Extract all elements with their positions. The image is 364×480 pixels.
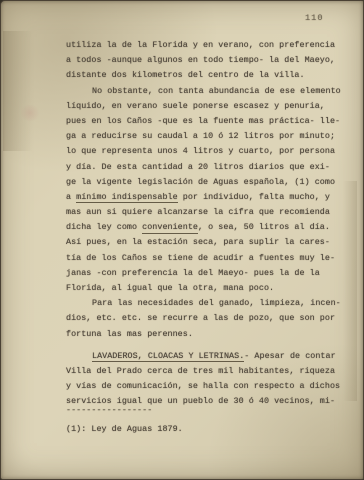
text-segment: por individuo, falta mucho, y	[178, 192, 330, 202]
scanned-document: 110 utiliza la de la Florida y en verano…	[0, 0, 364, 480]
text-segment: y día. De esta cantidad a 20 litros diar…	[66, 162, 330, 172]
text-line: LAVADEROS, CLOACAS Y LETRINAS.- Apesar d…	[66, 349, 350, 364]
text-segment: distante dos kilometros del centro de la…	[66, 70, 305, 80]
text-segment: janas -con preferencia la del Maeyo- pue…	[66, 268, 320, 278]
text-line: utiliza la de la Florida y en verano, co…	[66, 38, 350, 53]
text-segment: - Apesar de contar	[244, 351, 335, 361]
text-line: y vías de comunicación, se halla con res…	[66, 379, 350, 394]
underlined-text: mínimo indispensable	[76, 192, 178, 204]
paper-stain	[19, 105, 41, 121]
text-line: lo que representa unos 4 litros y cuarto…	[66, 144, 350, 159]
text-line: mas aun si quiere alcanzarse la cifra qu…	[66, 205, 350, 220]
text-segment: ga a reducirse su caudal a 10 ó 12 litro…	[66, 131, 335, 141]
paper-edge-shadow	[3, 31, 33, 151]
text-line: distante dos kilometros del centro de la…	[66, 68, 350, 83]
document-body-text: utiliza la de la Florida y en verano, co…	[66, 38, 350, 410]
text-line: dicha ley como conveniente, o sea, 50 li…	[66, 220, 350, 235]
text-line: pues en los Caños -que es la fuente mas …	[66, 114, 350, 129]
text-segment: lo que representa unos 4 litros y cuarto…	[66, 146, 335, 156]
text-line: No obstante, con tanta abundancia de ese…	[66, 84, 350, 99]
text-segment: pues en los Caños -que es la fuente mas …	[66, 116, 340, 126]
text-segment: y vías de comunicación, se halla con res…	[66, 381, 340, 391]
text-line: Para las necesidades del ganado, limpiez…	[66, 296, 350, 311]
text-segment: tía de los Caños se tiene de acudir a fu…	[66, 253, 335, 263]
paper-sheet: 110 utiliza la de la Florida y en verano…	[0, 0, 364, 480]
text-segment: , o sea, 50 litros al día.	[198, 222, 330, 232]
text-segment: No obstante, con tanta abundancia de ese…	[92, 86, 341, 96]
text-segment: utiliza la de la Florida y en verano, co…	[66, 40, 335, 50]
text-segment: Florida, al igual que la otra, mana poco…	[66, 283, 274, 293]
text-segment: dios, etc. etc. se recurre a las de pozo…	[66, 313, 335, 323]
underlined-text: LAVADEROS, CLOACAS Y LETRINAS.	[92, 351, 244, 363]
text-segment: Así pues, en la estación seca, para supl…	[66, 237, 330, 247]
text-segment: Para las necesidades del ganado, limpiez…	[92, 298, 341, 308]
footnote-separator: -----------------	[66, 405, 152, 415]
text-line: y día. De esta cantidad a 20 litros diar…	[66, 160, 350, 175]
footnote-text: (1): Ley de Aguas 1879.	[66, 424, 183, 434]
text-line: tía de los Caños se tiene de acudir a fu…	[66, 251, 350, 266]
text-line: janas -con preferencia la del Maeyo- pue…	[66, 266, 350, 281]
text-segment: a todos -aunque algunos en todo tiempo- …	[66, 55, 335, 65]
text-line: fortuna las mas perennes.	[66, 327, 350, 342]
text-line: Villa del Prado cerca de tres mil habita…	[66, 364, 350, 379]
text-segment: líquido, en verano suele ponerse escasez…	[66, 101, 325, 111]
text-segment: ge la vigente legislación de Aguas españ…	[66, 177, 335, 187]
text-line: a mínimo indispensable por individuo, fa…	[66, 190, 350, 205]
text-segment: mas aun si quiere alcanzarse la cifra qu…	[66, 207, 330, 217]
text-segment: a	[66, 192, 76, 202]
text-line: ga a reducirse su caudal a 10 ó 12 litro…	[66, 129, 350, 144]
text-line: Así pues, en la estación seca, para supl…	[66, 235, 350, 250]
text-line: dios, etc. etc. se recurre a las de pozo…	[66, 311, 350, 326]
text-segment: Villa del Prado cerca de tres mil habita…	[66, 366, 335, 376]
text-line: ge la vigente legislación de Aguas españ…	[66, 175, 350, 190]
text-line: Florida, al igual que la otra, mana poco…	[66, 281, 350, 296]
text-segment: dicha ley como	[66, 222, 142, 232]
text-segment: fortuna las mas perennes.	[66, 329, 193, 339]
page-number: 110	[305, 13, 323, 23]
text-line: a todos -aunque algunos en todo tiempo- …	[66, 53, 350, 68]
text-line: líquido, en verano suele ponerse escasez…	[66, 99, 350, 114]
underlined-text: conveniente	[142, 222, 198, 234]
